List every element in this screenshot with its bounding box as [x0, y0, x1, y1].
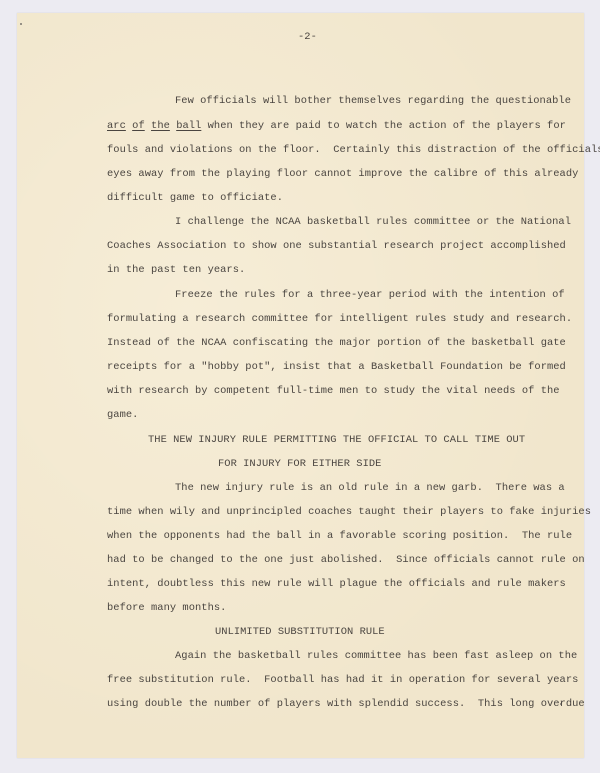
- line-rest: when they are paid to watch the action o…: [201, 120, 566, 132]
- underlined-word: ball: [176, 120, 201, 132]
- text-line: free substitution rule. Football has had…: [107, 674, 578, 686]
- underlined-word: arc: [107, 120, 126, 132]
- underlined-word: the: [151, 120, 170, 132]
- text-line: fouls and violations on the floor. Certa…: [107, 144, 600, 156]
- typewritten-page: -2- Few officials will bother themselves…: [17, 13, 584, 758]
- text-line: Instead of the NCAA confiscating the maj…: [107, 337, 566, 349]
- text-line: game.: [107, 409, 138, 421]
- text-line-underlined: arc of the ball when they are paid to wa…: [107, 120, 566, 132]
- text-line: time when wily and unprincipled coaches …: [107, 506, 591, 518]
- text-line: in the past ten years.: [107, 264, 245, 276]
- text-line: The new injury rule is an old rule in a …: [175, 482, 565, 494]
- page-number: -2-: [298, 31, 317, 43]
- text-line: intent, doubtless this new rule will pla…: [107, 578, 566, 590]
- text-line: Freeze the rules for a three-year period…: [175, 289, 565, 301]
- section-heading: THE NEW INJURY RULE PERMITTING THE OFFIC…: [148, 434, 525, 446]
- text-line: when the opponents had the ball in a fav…: [107, 530, 572, 542]
- paper-speck: [20, 23, 22, 25]
- text-line: formulating a research committee for int…: [107, 313, 572, 325]
- text-line: before many months.: [107, 602, 226, 614]
- underlined-word: of: [132, 120, 145, 132]
- text-line: eyes away from the playing floor cannot …: [107, 168, 578, 180]
- section-heading: UNLIMITED SUBSTITUTION RULE: [215, 626, 385, 638]
- text-line: Again the basketball rules committee has…: [175, 650, 577, 662]
- text-line: I challenge the NCAA basketball rules co…: [175, 216, 571, 228]
- text-line: Coaches Association to show one substant…: [107, 240, 566, 252]
- text-line: with research by competent full-time men…: [107, 385, 560, 397]
- text-line: Few officials will bother themselves reg…: [175, 95, 571, 107]
- section-heading-line2: FOR INJURY FOR EITHER SIDE: [218, 458, 381, 470]
- text-line: receipts for a "hobby pot", insist that …: [107, 361, 566, 373]
- text-line: had to be changed to the one just abolis…: [107, 554, 585, 566]
- text-line: difficult game to officiate.: [107, 192, 283, 204]
- text-line: using double the number of players with …: [107, 698, 585, 710]
